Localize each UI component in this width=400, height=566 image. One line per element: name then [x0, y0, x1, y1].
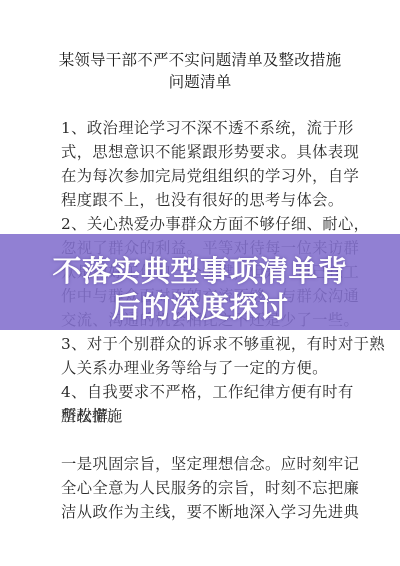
problem-line: 在为每次参加完局党组组织的学习外，自学 — [61, 164, 343, 188]
problem-line: 式，思想意识不能紧跟形势要求。具体表现 — [61, 140, 343, 164]
problem-line: 2、关心热爱办事群众方面不够仔细、耐心， — [61, 212, 343, 236]
problem-line: 4、自我要求不严格，工作纪律方便有时有 — [61, 380, 343, 404]
measures-heading: 整改措施 — [61, 404, 122, 428]
document-title: 某领导干部不严不实问题清单及整改措施 — [0, 50, 400, 70]
problem-line: 程度跟不上，也没有很好的思考与体会。 — [61, 188, 343, 212]
problem-line: 人关系办理业务等给与了一定的方便。 — [61, 356, 343, 380]
problem-line: 3、对于个别群众的诉求不够重视，有时对于熟 — [61, 332, 343, 356]
overlay-headline-continued: 后的深度探讨 — [0, 289, 400, 325]
problem-line: 1、政治理论学习不深不透不系统，流于形 — [61, 116, 343, 140]
measure-line: 洁从政作为主线，要不断地深入学习先进典 — [61, 500, 343, 524]
measure-line: 全心全意为人民服务的宗旨，时刻不忘把廉 — [61, 476, 343, 500]
document-page: 某领导干部不严不实问题清单及整改措施 问题清单 1、政治理论学习不深不透不系统，… — [0, 0, 400, 566]
document-subtitle: 问题清单 — [0, 72, 400, 92]
overlay-headline: 不落实典型事项清单背 — [0, 253, 400, 289]
measure-line: 一是巩固宗旨，坚定理想信念。应时刻牢记 — [61, 452, 343, 476]
measures-list: 一是巩固宗旨，坚定理想信念。应时刻牢记 全心全意为人民服务的宗旨，时刻不忘把廉 … — [61, 452, 343, 524]
